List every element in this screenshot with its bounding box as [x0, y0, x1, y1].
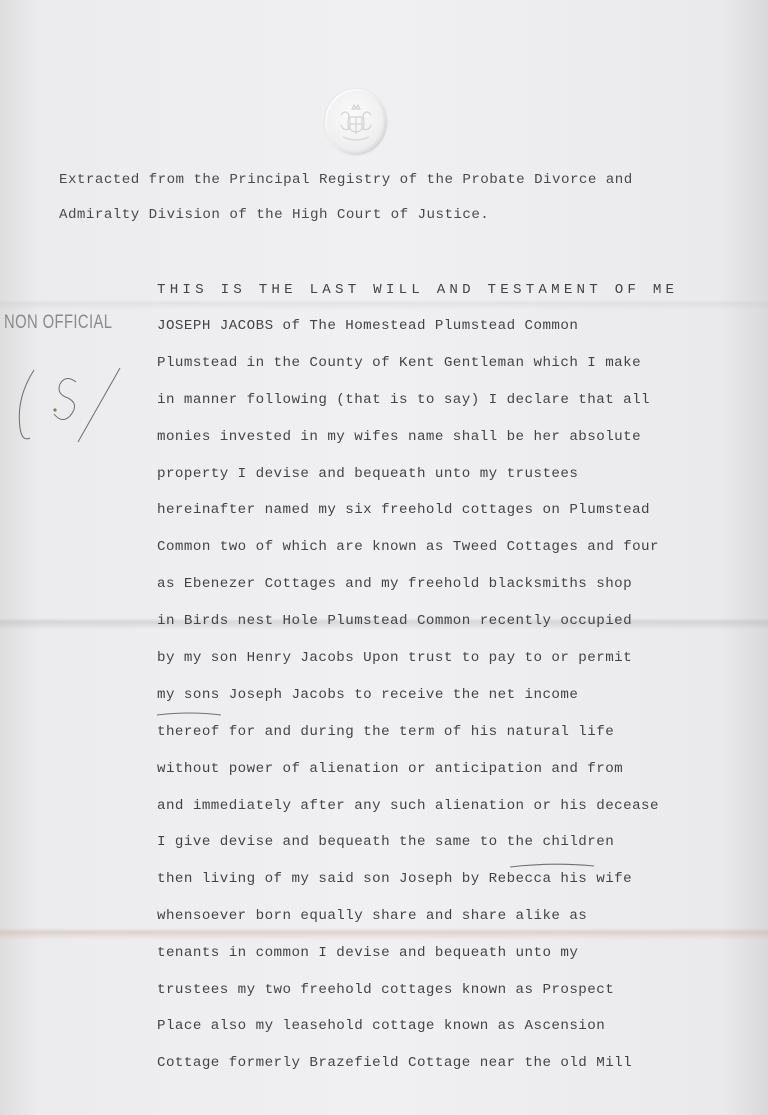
pencil-underline-mark — [155, 710, 225, 718]
coat-of-arms-icon — [333, 97, 379, 147]
body-line: by my son Henry Jacobs Upon trust to pay… — [157, 650, 632, 666]
body-line: trustees my two freehold cottages known … — [157, 982, 614, 998]
pencil-underline-mark — [508, 862, 598, 870]
header-line-2: Admiralty Division of the High Court of … — [59, 207, 489, 223]
body-line: property I devise and bequeath unto my t… — [157, 466, 578, 482]
body-line: in manner following (that is to say) I d… — [157, 392, 650, 408]
handwritten-mark-icon — [8, 358, 128, 458]
body-line: JOSEPH JACOBS of The Homestead Plumstead… — [157, 318, 578, 334]
body-line: I give devise and bequeath the same to t… — [157, 834, 614, 850]
body-line: thereof for and during the term of his n… — [157, 724, 614, 740]
body-line: then living of my said son Joseph by Reb… — [157, 871, 632, 887]
body-line: Place also my leasehold cottage known as… — [157, 1018, 605, 1034]
body-line: as Ebenezer Cottages and my freehold bla… — [157, 576, 632, 592]
body-line: and immediately after any such alienatio… — [157, 798, 659, 814]
body-line: in Birds nest Hole Plumstead Common rece… — [157, 613, 632, 629]
body-line: Common two of which are known as Tweed C… — [157, 539, 659, 555]
will-title: THIS IS THE LAST WILL AND TESTAMENT OF M… — [157, 282, 678, 298]
body-line: my sons Joseph Jacobs to receive the net… — [157, 687, 578, 703]
body-line: Cottage formerly Brazefield Cottage near… — [157, 1055, 632, 1071]
body-line: without power of alienation or anticipat… — [157, 761, 623, 777]
body-line: monies invested in my wifes name shall b… — [157, 429, 641, 445]
document-page: Extracted from the Principal Registry of… — [0, 0, 768, 1115]
embossed-seal — [325, 89, 387, 155]
body-line: hereinafter named my six freehold cottag… — [157, 502, 650, 518]
non-official-stamp: NON OFFICIAL — [4, 312, 112, 334]
body-line: whensoever born equally share and share … — [157, 908, 587, 924]
body-line: tenants in common I devise and bequeath … — [157, 945, 578, 961]
body-line: Plumstead in the County of Kent Gentlema… — [157, 355, 641, 371]
header-line-1: Extracted from the Principal Registry of… — [59, 172, 633, 188]
